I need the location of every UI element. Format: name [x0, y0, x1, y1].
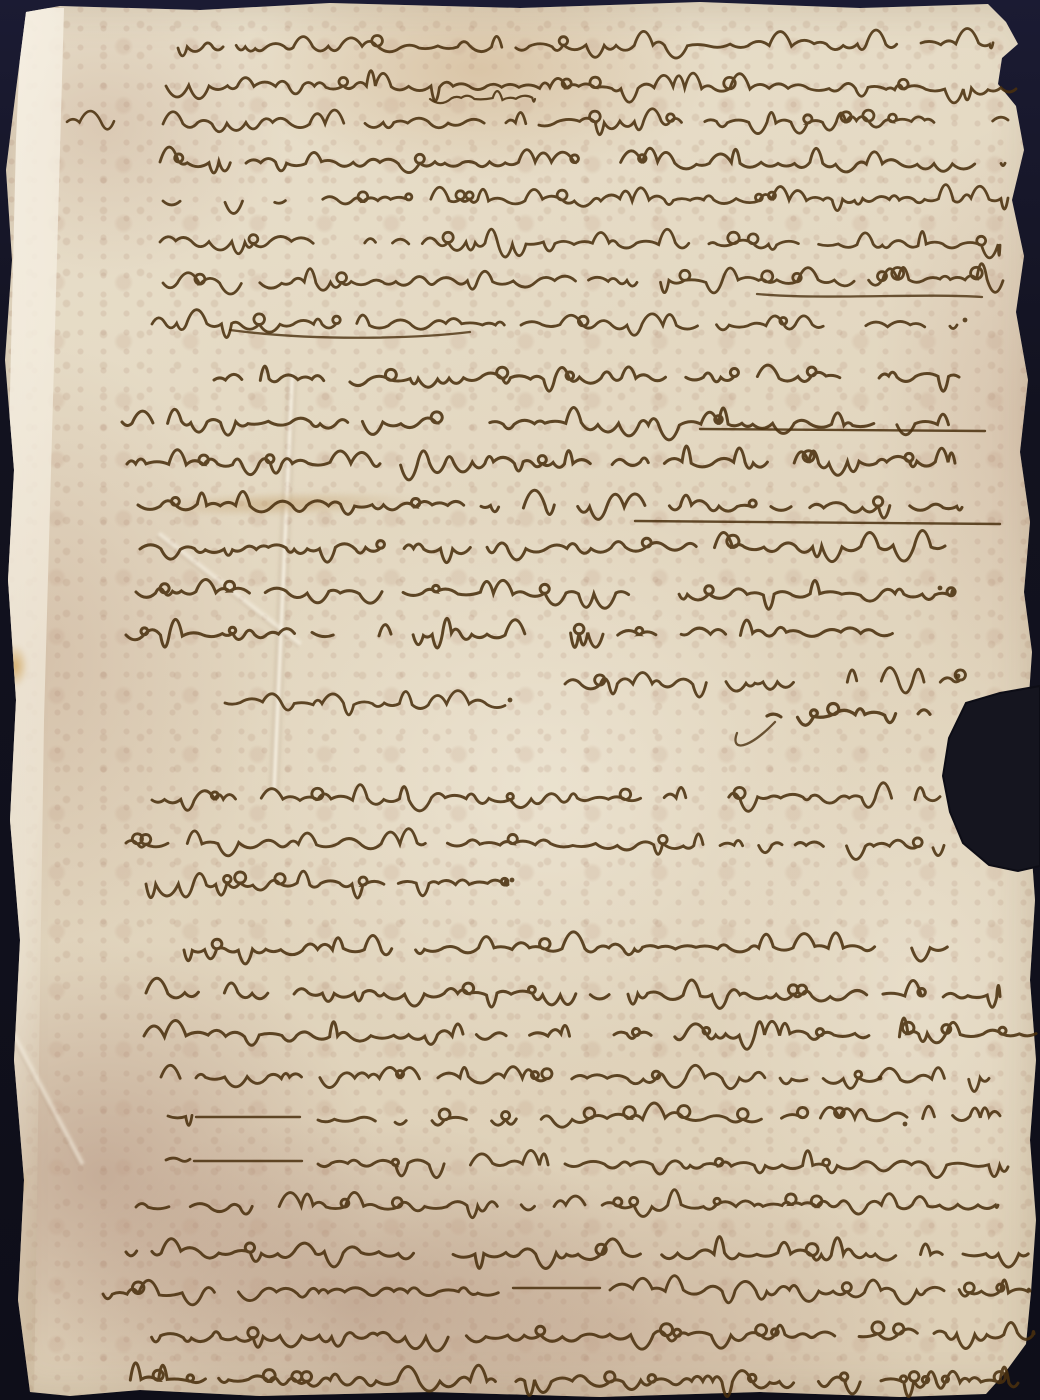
photo-backdrop: Handwritten Tamil manuscript letter page…: [0, 0, 1040, 1400]
torn-hole-layer: [0, 0, 1040, 1400]
torn-hole: [943, 686, 1040, 871]
